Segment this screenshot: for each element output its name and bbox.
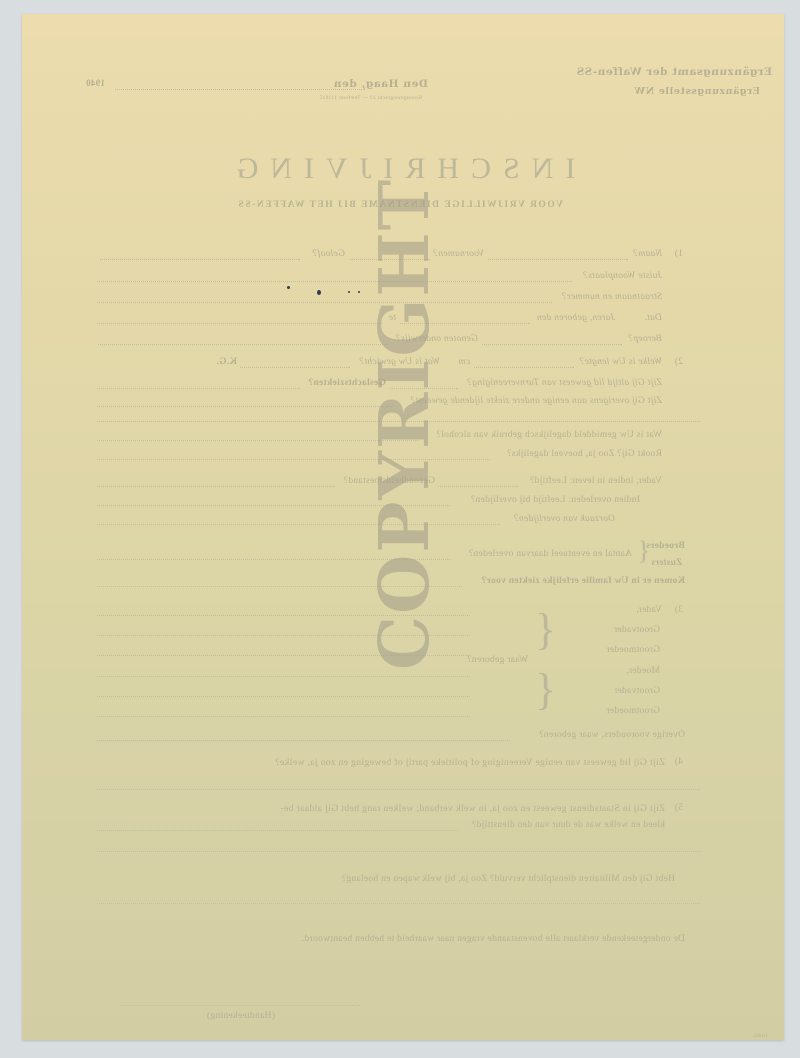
occupation-field[interactable] [482, 344, 622, 345]
maternal-grandmother-label: Grootmoeder [606, 706, 660, 716]
health-field[interactable] [97, 486, 335, 487]
religion-label: Geloof? [312, 249, 345, 259]
section-4-number: 4) [674, 757, 683, 767]
siblings-brace: { [638, 536, 650, 566]
diseases-field[interactable] [97, 388, 300, 389]
state-service-question-2: kleed en welke was de duur van den diens… [472, 820, 665, 830]
other-ancestors-field[interactable] [97, 740, 510, 741]
residence-label: Juiste Woonplaats? [583, 271, 662, 281]
weight-unit: K.G. [216, 357, 237, 367]
office-line1: Ergänzungsamt der Waffen-SS [576, 66, 772, 78]
birth-place-field[interactable] [97, 323, 382, 324]
state-service-question-1: Zijt Gij in Staatsdienst geweest en zoo … [280, 803, 665, 814]
father-age-field[interactable] [438, 486, 518, 487]
street-label: Straatnaam en nummer? [562, 292, 662, 302]
maternal-grandfather-field[interactable] [97, 696, 470, 697]
date-line [115, 89, 365, 90]
brothers-label: Broeders [646, 541, 685, 551]
religion-field[interactable] [100, 259, 300, 260]
name-label: Naam? [633, 249, 662, 259]
siblings-question: Aantal en eventueel daarvan overleden? [469, 549, 632, 559]
smoke-label: Rookt Gij? Zoo ja, hoeveel dagelijks? [507, 449, 662, 459]
occupation-label: Beroep? [628, 334, 662, 344]
section-1-number: 1) [674, 249, 683, 259]
maternal-grandfather-label: Grootvader [614, 686, 660, 696]
residence-field[interactable] [97, 281, 572, 282]
print-code: 10495 [753, 1033, 768, 1039]
paternal-grandfather-label: Grootvader [614, 625, 660, 635]
ink-speck [287, 286, 290, 289]
declaration-text: De ondergeteekende verklaart alle bovens… [302, 934, 685, 944]
political-party-field[interactable] [97, 789, 700, 790]
height-unit: cm [458, 357, 470, 367]
education-field[interactable] [98, 344, 388, 345]
signature-field[interactable] [120, 1005, 360, 1006]
other-ancestors-label: Overige voorouders, waar geboren? [539, 730, 685, 740]
signature-label: (Handteekening) [207, 1011, 275, 1021]
mother-birthplace-field[interactable] [97, 676, 470, 677]
mother-label: Moeder, [626, 666, 660, 676]
cause-of-death-label: Oorzaak van overlijden? [514, 514, 615, 524]
ink-speck [358, 291, 360, 293]
paternal-brace: { [535, 604, 556, 655]
maternal-grandmother-field[interactable] [97, 716, 470, 717]
where-born-label: Waar geboren? [467, 655, 528, 665]
section-2-number: 2) [674, 357, 683, 367]
political-party-question: Zijt Gij lid geweest van eenige Vereenig… [275, 757, 665, 768]
height-field[interactable] [474, 367, 574, 368]
other-illness-label: Zijt Gij overigens aan eenige andere zie… [410, 396, 662, 406]
street-field[interactable] [97, 302, 552, 303]
office-line2: Ergänzungsstelle NW [634, 86, 760, 97]
weight-field[interactable] [240, 367, 350, 368]
address-small: Koninginnegracht 22 — Telefoon 111615 [319, 95, 422, 101]
state-service-field[interactable] [97, 830, 458, 831]
name-field[interactable] [488, 259, 628, 260]
section-5-number: 5) [674, 803, 683, 813]
deceased-age-label: Indien overleden: Leeftijd bij overlijde… [471, 495, 640, 505]
section-3-number: 3) [674, 605, 683, 615]
birth-years-label: Jaren, geboren den [537, 313, 615, 323]
gym-member-label: Zijt Gij altijd lid geweest van Turnvere… [467, 378, 662, 388]
military-service-question: Hebt Gij den Militairen dienstplicht ver… [342, 874, 675, 884]
birth-day-label: Dat. [644, 313, 662, 323]
ink-speck [317, 290, 321, 295]
hereditary-label: Komen er in Uw familie erfelijke ziekten… [481, 576, 685, 586]
other-illness-field[interactable] [97, 406, 392, 407]
ink-speck [348, 291, 350, 293]
state-service-field-2[interactable] [97, 851, 700, 852]
father-label: Vader, [636, 605, 662, 615]
sisters-label: Zusters [651, 558, 682, 568]
father-age-label: Vader, indien in leven: Leeftijd? [530, 476, 662, 486]
height-label: Welke is Uw lengte? [579, 357, 662, 367]
year: 1940 [86, 78, 105, 88]
maternal-brace: { [535, 664, 556, 715]
paternal-grandmother-label: Grootmoeder [606, 645, 660, 655]
alcohol-label: Wat is Uw gemiddeld dagelijksch gebruik … [436, 430, 662, 440]
copyright-watermark: COPYRIGHT [370, 360, 440, 670]
military-service-field[interactable] [97, 903, 700, 904]
